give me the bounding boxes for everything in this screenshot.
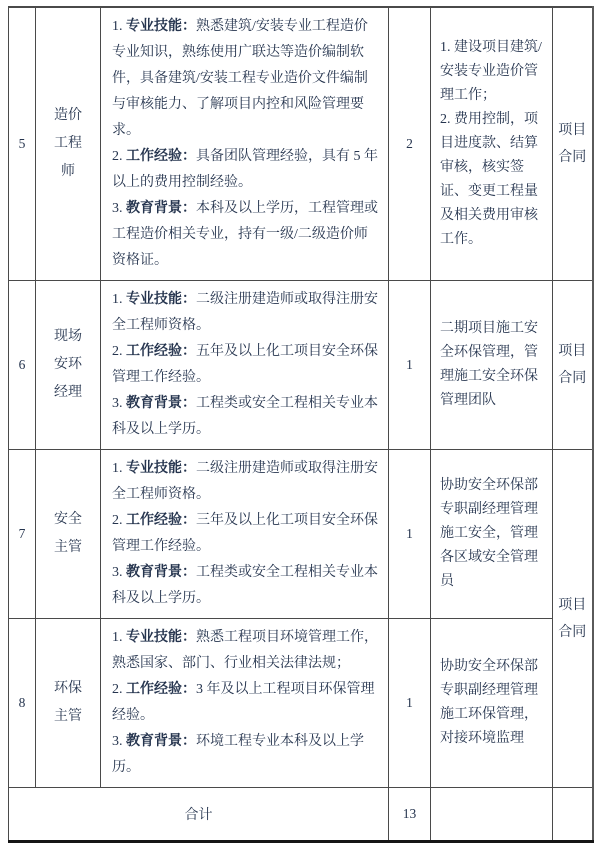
position-label: 现场安环经理	[53, 323, 83, 407]
requirement-item: 1. 专业技能：熟悉工程项目环境管理工作，熟悉国家、部门、行业相关法律法规；	[112, 625, 378, 677]
row-number-cell: 5	[9, 7, 36, 281]
requirements-cell: 1. 专业技能：熟悉工程项目环境管理工作，熟悉国家、部门、行业相关法律法规； 2…	[101, 619, 389, 788]
contract-cell: 项目合同	[553, 281, 593, 450]
duty-item: 二期项目施工安全环保管理，管理施工安全环保管理团队	[440, 317, 543, 413]
duty-item: 协助安全环保部专职副经理管理施工环保管理，对接环境监理	[440, 655, 543, 751]
position-label: 环保主管	[53, 675, 83, 731]
table-row: 6 现场安环经理 1. 专业技能：二级注册建造师或取得注册安全工程师资格。 2.…	[9, 281, 593, 450]
requirement-item: 3. 教育背景：工程类或安全工程相关专业本科及以上学历。	[112, 560, 378, 612]
duty-item: 2. 费用控制，项目进度款、结算审核，核实签证、变更工程量及相关费用审核工作。	[440, 108, 543, 252]
table-row: 7 安全主管 1. 专业技能：二级注册建造师或取得注册安全工程师资格。 2. 工…	[9, 450, 593, 619]
contract-label: 项目合同	[557, 338, 587, 392]
recruitment-table: 5 造价工程师 1. 专业技能：熟悉建筑/安装专业工程造价专业知识，熟练使用广联…	[8, 6, 594, 843]
position-cell: 现场安环经理	[36, 281, 101, 450]
requirement-item: 2. 工作经验：具备团队管理经验，具有 5 年以上的费用控制经验。	[112, 144, 378, 196]
headcount-cell: 1	[389, 619, 431, 788]
requirements-cell: 1. 专业技能：二级注册建造师或取得注册安全工程师资格。 2. 工作经验：五年及…	[101, 281, 389, 450]
requirement-item: 2. 工作经验：三年及以上化工项目安全环保管理工作经验。	[112, 508, 378, 560]
headcount-cell: 2	[389, 7, 431, 281]
contract-cell-empty	[553, 788, 593, 842]
total-count-cell: 13	[389, 788, 431, 842]
requirement-item: 3. 教育背景：环境工程专业本科及以上学历。	[112, 729, 378, 781]
contract-label: 项目合同	[557, 592, 587, 646]
position-label: 安全主管	[53, 506, 83, 562]
duties-cell: 协助安全环保部专职副经理管理施工安全，管理各区域安全管理员	[431, 450, 553, 619]
total-label-cell: 合计	[9, 788, 389, 842]
requirement-item: 1. 专业技能：二级注册建造师或取得注册安全工程师资格。	[112, 456, 378, 508]
headcount-cell: 1	[389, 281, 431, 450]
position-cell: 环保主管	[36, 619, 101, 788]
duties-cell: 协助安全环保部专职副经理管理施工环保管理，对接环境监理	[431, 619, 553, 788]
row-number-cell: 8	[9, 619, 36, 788]
requirement-item: 2. 工作经验：3 年及以上工程项目环保管理经验。	[112, 677, 378, 729]
contract-cell: 项目合同	[553, 7, 593, 281]
requirement-item: 3. 教育背景：工程类或安全工程相关专业本科及以上学历。	[112, 391, 378, 443]
position-label: 造价工程师	[53, 102, 83, 186]
document-page: 5 造价工程师 1. 专业技能：熟悉建筑/安装专业工程造价专业知识，熟练使用广联…	[0, 0, 600, 843]
requirement-item: 1. 专业技能：二级注册建造师或取得注册安全工程师资格。	[112, 287, 378, 339]
position-cell: 安全主管	[36, 450, 101, 619]
requirements-cell: 1. 专业技能：熟悉建筑/安装专业工程造价专业知识，熟练使用广联达等造价编制软件…	[101, 7, 389, 281]
contract-label: 项目合同	[557, 117, 587, 171]
headcount-cell: 1	[389, 450, 431, 619]
table-row: 5 造价工程师 1. 专业技能：熟悉建筑/安装专业工程造价专业知识，熟练使用广联…	[9, 7, 593, 281]
table-row: 8 环保主管 1. 专业技能：熟悉工程项目环境管理工作，熟悉国家、部门、行业相关…	[9, 619, 593, 788]
row-number-cell: 6	[9, 281, 36, 450]
duty-item: 1. 建设项目建筑/安装专业造价管理工作；	[440, 36, 543, 108]
requirements-cell: 1. 专业技能：二级注册建造师或取得注册安全工程师资格。 2. 工作经验：三年及…	[101, 450, 389, 619]
total-row: 合计 13	[9, 788, 593, 842]
requirement-item: 3. 教育背景：本科及以上学历，工程管理或工程造价相关专业，持有一级/二级造价师…	[112, 196, 378, 274]
contract-cell-merged: 项目合同	[553, 450, 593, 788]
row-number-cell: 7	[9, 450, 36, 619]
duties-cell: 1. 建设项目建筑/安装专业造价管理工作； 2. 费用控制，项目进度款、结算审核…	[431, 7, 553, 281]
duty-item: 协助安全环保部专职副经理管理施工安全，管理各区域安全管理员	[440, 474, 543, 594]
duties-cell-empty	[431, 788, 553, 842]
requirement-item: 1. 专业技能：熟悉建筑/安装专业工程造价专业知识，熟练使用广联达等造价编制软件…	[112, 14, 378, 144]
requirement-item: 2. 工作经验：五年及以上化工项目安全环保管理工作经验。	[112, 339, 378, 391]
duties-cell: 二期项目施工安全环保管理，管理施工安全环保管理团队	[431, 281, 553, 450]
position-cell: 造价工程师	[36, 7, 101, 281]
